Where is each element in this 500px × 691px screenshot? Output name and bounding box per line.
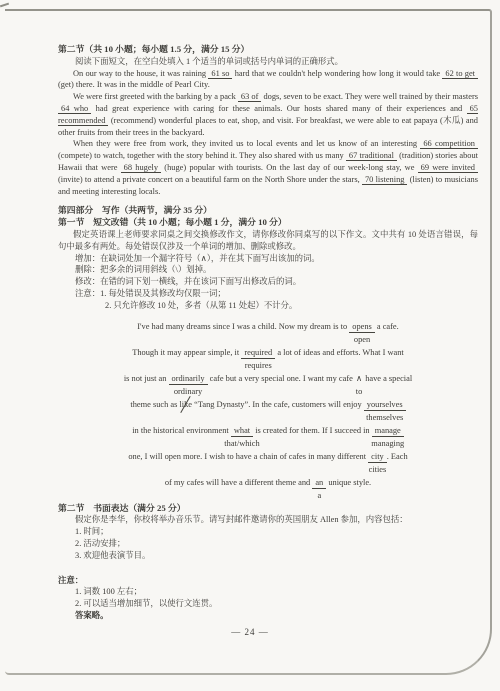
- error-word: managemanaging: [372, 425, 404, 438]
- text-run: had great experience with caring for the…: [91, 104, 466, 113]
- error-word: ordinarilyordinary: [169, 373, 208, 386]
- essay-line: Though it may appear simple, it required…: [58, 347, 478, 360]
- text-run: (invite) to attend a private concert on …: [58, 175, 362, 184]
- text-run: in the historical environment: [132, 426, 231, 435]
- error-word: ana: [312, 477, 326, 490]
- answer-note: 答案略。: [58, 610, 478, 622]
- text-run: dogs, seven to be exact. They were well …: [261, 92, 478, 101]
- answer-blank: 61 so: [208, 69, 232, 79]
- answer-blank: 69 were invited: [418, 163, 478, 173]
- rule-line: 增加：在缺词处加一个漏字符号（∧），并在其下面写出该加的词。: [58, 253, 478, 265]
- correction-word: to: [356, 386, 363, 398]
- text-run: (recommend) wonderful places to eat, sho…: [58, 116, 478, 137]
- proofreading-instruction: 假定英语课上老师要求同桌之间交换修改作文，请你修改你同桌写的以下作文。文中共有 …: [58, 229, 478, 253]
- rule-line: 修改：在错的词下划一横线，并在该词下面写出修改后的词。: [58, 276, 478, 288]
- essay-line: is not just an ordinarilyordinary cafe b…: [58, 373, 478, 386]
- text-run: “Tang Dynasty”. In the cafe, customers w…: [192, 400, 364, 409]
- passage-paragraph: When they were free from work, they invi…: [58, 138, 478, 197]
- text-run: of my cafes will have a different theme …: [165, 478, 313, 487]
- task-point: 2. 活动安排；: [58, 538, 478, 550]
- essay-line: I've had many dreams since I was a child…: [58, 321, 478, 334]
- task-note: 1. 词数 100 左右；: [58, 586, 478, 598]
- answer-blank: 66 competition: [420, 139, 478, 149]
- task-point: 1. 时间；: [58, 526, 478, 538]
- text-run: We were first greeted with the barking b…: [73, 92, 238, 101]
- essay-line: in the historical environment whatthat/w…: [58, 425, 478, 438]
- task-point: 3. 欢迎他表演节目。: [58, 550, 478, 562]
- task-note: 2. 可以适当增加细节，以使行文连贯。: [58, 598, 478, 610]
- text-run: is not just an: [124, 374, 169, 383]
- passage-paragraph: On our way to the house, it was raining …: [58, 68, 478, 92]
- passage-paragraph: We were first greeted with the barking b…: [58, 91, 478, 138]
- proofreading-rules: 增加：在缺词处加一个漏字符号（∧），并在其下面写出该加的词。删除：把多余的词用斜…: [58, 253, 478, 288]
- text-run: On our way to the house, it was raining: [73, 69, 208, 78]
- text-run: (compete) to watch, together with the st…: [58, 151, 346, 160]
- proofreading-heading: 第一节 短文改错（共 10 小题；每小题 1 分，满分 10 分）: [58, 217, 478, 229]
- text-run: (huge) popular with tourists. On the las…: [161, 163, 418, 172]
- answer-blank: 64 who: [58, 104, 91, 114]
- correction-word: ordinary: [174, 386, 202, 398]
- text-run: unique style.: [326, 478, 371, 487]
- note-line: 2. 只允许修改 10 处，多者（从第 11 处起）不计分。: [58, 300, 478, 312]
- text-run: . Each: [387, 452, 408, 461]
- text-run: have a special: [363, 374, 412, 383]
- answer-blank: 63 of: [238, 92, 261, 102]
- answer-blank: 67 traditional: [346, 151, 397, 161]
- text-run: a cafe.: [375, 322, 399, 331]
- correction-word: a: [317, 490, 321, 502]
- notice-label: 注意：: [58, 575, 478, 587]
- writing-task-heading: 第二节 书面表达（满分 25 分）: [58, 503, 478, 515]
- text-run: is created for them. If I succeed in: [253, 426, 372, 435]
- text-run: When they were free from work, they invi…: [73, 139, 420, 148]
- text-run: a lot of ideas and efforts. What I want: [275, 348, 404, 357]
- answer-blank: 68 hugely: [121, 163, 161, 173]
- answer-blank: 70 listening: [362, 175, 408, 185]
- essay-line: of my cafes will have a different theme …: [58, 477, 478, 490]
- text-run: hard that we couldn't help wondering how…: [232, 69, 442, 78]
- writing-task-instruction: 假定你是李华，你校将举办音乐节。请写封邮件邀请你的英国朋友 Allen 参加，内…: [58, 514, 478, 526]
- page-number: — 24 —: [0, 627, 500, 637]
- proofreading-notes: 注意：1. 每处错误及其修改均仅限一词；2. 只允许修改 10 处，多者（从第 …: [58, 288, 478, 312]
- grammar-section-heading: 第二节（共 10 小题；每小题 1.5 分，满分 15 分）: [58, 44, 478, 56]
- text-run: Though it may appear simple, it: [132, 348, 241, 357]
- correction-word: that/which: [224, 438, 259, 450]
- error-word: citycities: [368, 451, 387, 464]
- note-line: 注意：1. 每处错误及其修改均仅限一词；: [58, 288, 478, 300]
- essay-line: one, I will open more. I wish to have a …: [58, 451, 478, 464]
- grammar-instruction: 阅读下面短文，在空白处填入 1 个适当的单词或括号内单词的正确形式。: [58, 56, 478, 68]
- text-run: cafe but a very special one. I want my c…: [208, 374, 355, 383]
- text-run: one, I will open more. I wish to have a …: [128, 452, 368, 461]
- essay-line: theme such as like “Tang Dynasty”. In th…: [58, 399, 478, 412]
- deleted-word: like: [179, 399, 192, 411]
- correction-word: open: [354, 334, 370, 346]
- correction-word: managing: [371, 438, 404, 450]
- correction-word: requires: [245, 360, 272, 372]
- page-content: 第二节（共 10 小题；每小题 1.5 分，满分 15 分） 阅读下面短文，在空…: [58, 44, 478, 622]
- writing-task-points: 1. 时间；2. 活动安排；3. 欢迎他表演节目。: [58, 526, 478, 561]
- scanned-exam-page: 第二节（共 10 小题；每小题 1.5 分，满分 15 分） 阅读下面短文，在空…: [0, 0, 500, 691]
- correction-word: themselves: [366, 412, 403, 424]
- insert-caret-mark: ∧to: [355, 373, 363, 385]
- cloze-passage: On our way to the house, it was raining …: [58, 68, 478, 198]
- error-word: yourselvesthemselves: [364, 399, 406, 412]
- text-run: theme such as: [130, 400, 179, 409]
- student-essay: I've had many dreams since I was a child…: [58, 321, 478, 490]
- error-word: whatthat/which: [231, 425, 253, 438]
- writing-part-heading: 第四部分 写作（共两节，满分 35 分）: [58, 205, 478, 217]
- scan-corner-mark: [0, 3, 9, 8]
- correction-word: cities: [369, 464, 387, 476]
- error-word: requiredrequires: [241, 347, 275, 360]
- answer-blank: 62 to get: [442, 69, 478, 79]
- text-run: (get) there. It was in the middle of Pea…: [58, 80, 210, 89]
- error-word: opensopen: [349, 321, 375, 334]
- text-run: I've had many dreams since I was a child…: [137, 322, 349, 331]
- rule-line: 删除：把多余的词用斜线（\）划掉。: [58, 264, 478, 276]
- writing-task-notes: 1. 词数 100 左右；2. 可以适当增加细节，以使行文连贯。: [58, 586, 478, 610]
